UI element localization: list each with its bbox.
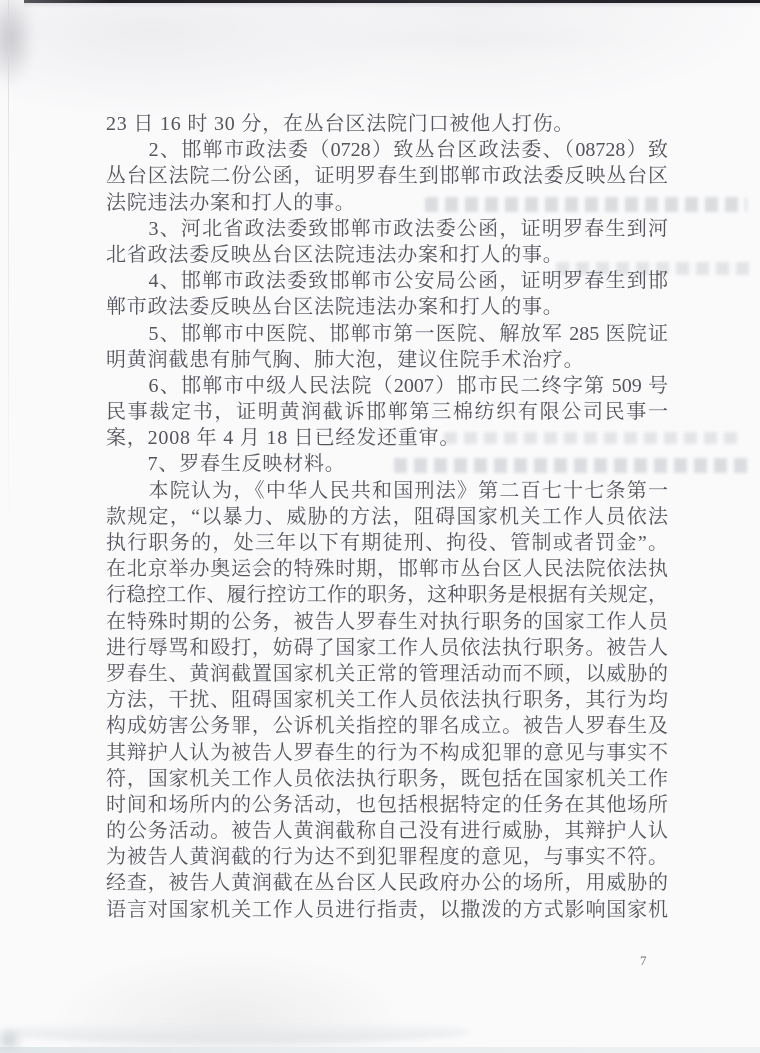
scan-left-crease-line [8, 0, 9, 540]
scan-bottom-edge-strip [0, 1047, 760, 1053]
scan-corner-smudge [0, 0, 34, 86]
text-line: 在北京举办奥运会的特殊时期，邯郸市丛台区人民法院依法执 [106, 556, 668, 582]
text-line: 的公务活动。被告人黄润截称自己没有进行威胁，其辩护人认 [106, 818, 668, 844]
text-line: 23 日 16 时 30 分，在丛台区法院门口被他人打伤。 [106, 111, 668, 137]
text-line: 执行职务的，处三年以下有期徒刑、拘役、管制或者罚金”。 [106, 530, 668, 556]
scanned-document-page: 23 日 16 时 30 分，在丛台区法院门口被他人打伤。 2、邯郸市政法委（0… [0, 0, 760, 1053]
scan-bottom-left-shade [0, 1027, 24, 1053]
scan-bottom-shadow [0, 1021, 470, 1043]
text-line: 其辩护人认为被告人罗春生的行为不构成犯罪的意见与事实不 [106, 740, 668, 766]
text-line: 案，2008 年 4 月 18 日已经发还重审。 [106, 425, 668, 451]
text-line: 经查，被告人黄润截在丛台区人民政府办公的场所，用威胁的 [106, 870, 668, 896]
text-line: 北省政法委反映丛台区法院违法办案和打人的事。 [106, 242, 668, 268]
text-line: 进行辱骂和殴打，妨碍了国家工作人员依法执行职务。被告人 [106, 635, 668, 661]
text-line: 符，国家机关工作人员依法执行职务，既包括在国家机关工作 [106, 766, 668, 792]
text-line: 法院违法办案和打人的事。 [106, 190, 668, 216]
text-line: 为被告人黄润截的行为达不到犯罪程度的意见，与事实不符。 [106, 844, 668, 870]
text-line: 4、邯郸市政法委致邯郸市公安局公函，证明罗春生到邯 [106, 268, 668, 294]
text-line: 款规定，“以暴力、威胁的方法，阻碍国家机关工作人员依法 [106, 504, 668, 530]
text-line: 丛台区法院二份公函，证明罗春生到邯郸市政法委反映丛台区 [106, 163, 668, 189]
text-line: 构成妨害公务罪，公诉机关指控的罪名成立。被告人罗春生及 [106, 713, 668, 739]
text-line: 语言对国家机关工作人员进行指责，以撒泼的方式影响国家机 [106, 897, 668, 923]
text-line: 6、邯郸市中级人民法院（2007）邯市民二终字第 509 号 [106, 373, 668, 399]
text-line: 郸市政法委反映丛台区法院违法办案和打人的事。 [106, 294, 668, 320]
text-line: 本院认为，《中华人民共和国刑法》第二百七十七条第一 [106, 478, 668, 504]
text-line: 3、河北省政法委致邯郸市政法委公函，证明罗春生到河 [106, 216, 668, 242]
scan-top-edge-fade [24, 3, 760, 8]
document-body: 23 日 16 时 30 分，在丛台区法院门口被他人打伤。 2、邯郸市政法委（0… [106, 111, 668, 923]
page-number: 7 [640, 953, 647, 969]
text-line: 行稳控工作、履行控访工作的职务，这种职务是根据有关规定， [106, 582, 668, 608]
text-line: 7、罗春生反映材料。 [106, 451, 668, 477]
text-line: 5、邯郸市中医院、邯郸市第一医院、解放军 285 医院证 [106, 321, 668, 347]
scan-paper-wrinkle [300, 26, 630, 52]
text-line: 罗春生、黄润截置国家机关正常的管理活动而不顾，以威胁的 [106, 661, 668, 687]
text-line: 民事裁定书，证明黄润截诉邯郸第三棉纺织有限公司民事一 [106, 399, 668, 425]
text-line: 方法，干扰、阻碍国家机关工作人员依法执行职务，其行为均 [106, 687, 668, 713]
text-line: 2、邯郸市政法委（0728）致丛台区政法委、（08728）致 [106, 137, 668, 163]
text-line: 在特殊时期的公务，被告人罗春生对执行职务的国家工作人员 [106, 609, 668, 635]
text-line: 明黄润截患有肺气胸、肺大泡，建议住院手术治疗。 [106, 347, 668, 373]
text-line: 时间和场所内的公务活动，也包括根据特定的任务在其他场所 [106, 792, 668, 818]
